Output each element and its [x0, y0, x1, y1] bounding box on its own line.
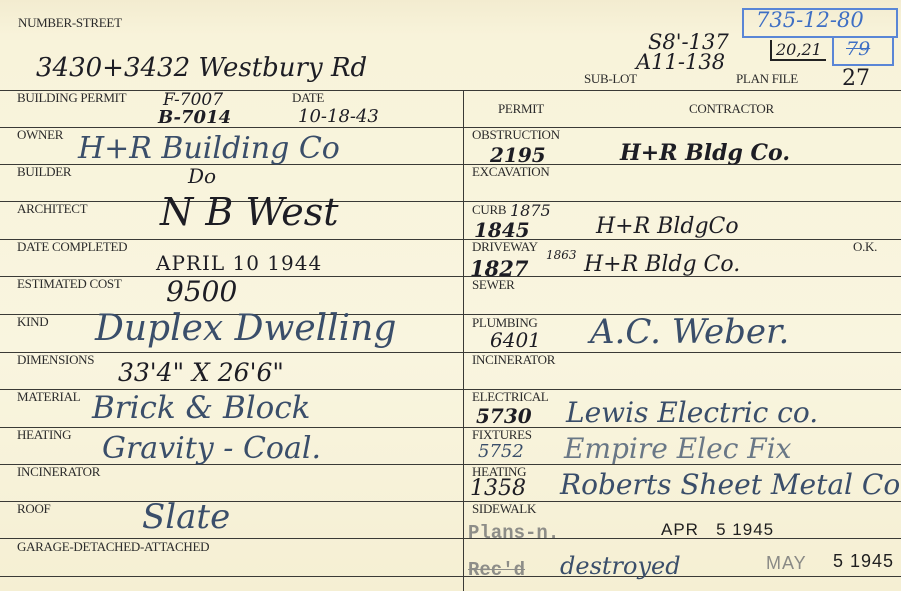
electrical-number: 5730	[476, 404, 532, 428]
curb-contractor: H+R BldgCo	[596, 214, 739, 239]
label-heating: HEATING	[17, 427, 71, 443]
fixtures-contractor: Empire Elec Fix	[564, 432, 791, 465]
reference-box-value: 735-12-80	[756, 8, 864, 32]
rule	[0, 276, 901, 277]
date-completed-value: APRIL 10 1944	[156, 251, 322, 275]
rule	[0, 352, 901, 353]
rule	[0, 576, 901, 577]
label-ok: O.K.	[853, 239, 877, 255]
plans-date-stamp: APR 5 1945	[661, 520, 774, 540]
sub-lot-value-2: A11-138	[636, 50, 725, 74]
label-date: DATE	[292, 90, 324, 106]
owner-value: H+R Building Co	[78, 131, 340, 166]
rule	[0, 239, 901, 240]
plumbing-contractor: A.C. Weber.	[590, 312, 789, 352]
obstruction-number: 2195	[490, 143, 546, 167]
curb-number: 1845	[474, 218, 530, 242]
dimensions-value: 33'4" X 26'6"	[118, 358, 284, 387]
driveway-number: 1827	[470, 256, 528, 281]
material-value: Brick & Block	[92, 390, 310, 426]
kind-value: Duplex Dwelling	[95, 308, 396, 349]
label-architect: ARCHITECT	[17, 201, 87, 217]
label-estimated-cost: ESTIMATED COST	[17, 276, 122, 292]
label-building-permit: BUILDING PERMIT	[17, 90, 126, 106]
destroyed-note: destroyed	[560, 552, 681, 580]
permit-number-2: B-7014	[158, 107, 231, 128]
plans-stamp: Plans-n.	[468, 522, 559, 544]
label-incinerator-right: INCINERATOR	[472, 352, 555, 368]
label-permit: PERMIT	[498, 101, 544, 117]
builder-value: Do	[188, 164, 216, 188]
driveway-alt-number: 1863	[546, 248, 577, 262]
rule	[0, 127, 901, 128]
label-plan-file: PLAN FILE	[736, 71, 798, 87]
label-curb: CURB	[472, 202, 506, 218]
rule	[0, 501, 901, 502]
fixtures-number: 5752	[478, 441, 524, 462]
box-number-value: 79	[846, 38, 870, 60]
destroyed-date-stamp: 5 1945	[833, 551, 894, 572]
permit-card: NUMBER-STREET BUILDING PERMIT DATE OWNER…	[0, 0, 901, 591]
obstruction-contractor: H+R Bldg Co.	[620, 140, 790, 166]
label-kind: KIND	[17, 314, 48, 330]
label-builder: BUILDER	[17, 164, 71, 180]
plumbing-number: 6401	[490, 328, 541, 352]
driveway-contractor: H+R Bldg Co.	[584, 252, 740, 277]
electrical-contractor: Lewis Electric co.	[566, 396, 818, 429]
label-contractor: CONTRACTOR	[689, 101, 774, 117]
label-roof: ROOF	[17, 501, 50, 517]
label-incinerator: INCINERATOR	[17, 464, 100, 480]
label-sub-lot: SUB-LOT	[584, 71, 637, 87]
destroyed-month-stamp: MAY	[766, 553, 807, 574]
label-date-completed: DATE COMPLETED	[17, 239, 127, 255]
label-sidewalk: SIDEWALK	[472, 501, 536, 517]
label-owner: OWNER	[17, 127, 63, 143]
label-number-street: NUMBER-STREET	[18, 15, 122, 31]
label-obstruction: OBSTRUCTION	[472, 127, 560, 143]
plan-file-value: 27	[842, 66, 870, 91]
column-divider	[463, 90, 464, 591]
roof-value: Slate	[142, 497, 230, 537]
estimated-cost-value: 9500	[166, 275, 237, 308]
architect-value: N B West	[160, 190, 339, 234]
box-lots-value: 20,21	[770, 40, 826, 61]
recd-stamp: Rec'd	[468, 559, 525, 581]
rule	[0, 201, 901, 202]
heating-contractor: Roberts Sheet Metal Co	[560, 468, 900, 501]
heating-permit-number: 1358	[470, 476, 526, 501]
permit-date-value: 10-18-43	[298, 106, 379, 127]
label-garage: GARAGE-DETACHED-ATTACHED	[17, 539, 209, 555]
address-value: 3430+3432 Westbury Rd	[36, 53, 367, 83]
label-material: MATERIAL	[17, 389, 80, 405]
rule	[0, 90, 901, 91]
label-dimensions: DIMENSIONS	[17, 352, 94, 368]
heating-value: Gravity - Coal.	[102, 431, 321, 466]
label-electrical: ELECTRICAL	[472, 389, 548, 405]
